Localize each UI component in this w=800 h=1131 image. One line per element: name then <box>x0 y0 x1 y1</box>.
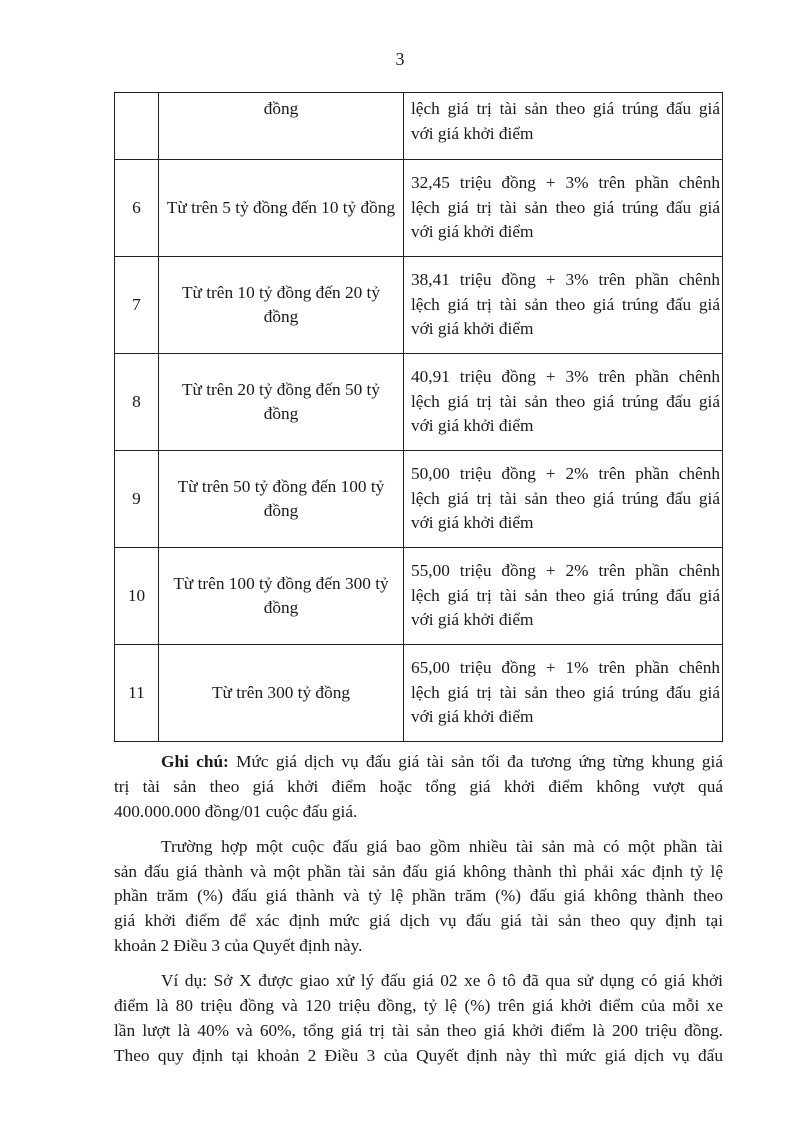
fee-line: với giá khởi điểm <box>411 511 720 536</box>
document-body: Ghi chú: Mức giá dịch vụ đấu giá tài sản… <box>114 750 723 1079</box>
fee-formula: 50,00 triệu đồng + 2% trên phần chênhlệc… <box>404 451 723 548</box>
fee-line: với giá khởi điểm <box>411 608 720 633</box>
row-number: 8 <box>115 354 159 451</box>
fee-line: 65,00 triệu đồng + 1% trên phần chênh <box>411 656 720 681</box>
fee-line: lệch giá trị tài sản theo giá trúng đấu … <box>411 196 720 221</box>
fee-line: với giá khởi điểm <box>411 220 720 245</box>
paragraph-line: Theo quy định tại khoản 2 Điều 3 của Quy… <box>114 1044 723 1069</box>
fee-line: lệch giá trị tài sản theo giá trúng đấu … <box>411 390 720 415</box>
row-number: 11 <box>115 645 159 742</box>
table-row: đồnglệch giá trị tài sản theo giá trúng … <box>115 93 723 160</box>
note-label: Ghi chú: <box>161 752 229 771</box>
paragraph-line: giá khởi điểm để xác định mức giá dịch v… <box>114 909 723 934</box>
table-row: 10Từ trên 100 tỷ đồng đến 300 tỷ đồng55,… <box>115 548 723 645</box>
table-row: 9Từ trên 50 tỷ đồng đến 100 tỷ đồng50,00… <box>115 451 723 548</box>
fee-formula: 40,91 triệu đồng + 3% trên phần chênhlệc… <box>404 354 723 451</box>
row-number: 7 <box>115 257 159 354</box>
fee-formula: 38,41 triệu đồng + 3% trên phần chênhlệc… <box>404 257 723 354</box>
paragraph-line: Trường hợp một cuộc đấu giá bao gồm nhiề… <box>114 835 723 860</box>
paragraph-line: lần lượt là 40% và 60%, tổng giá trị tài… <box>114 1019 723 1044</box>
value-range: Từ trên 5 tỷ đồng đến 10 tỷ đồng <box>159 160 404 257</box>
paragraph-line: phần trăm (%) đấu giá thành và tỷ lệ phầ… <box>114 884 723 909</box>
fee-line: với giá khởi điểm <box>411 317 720 342</box>
table-row: 6Từ trên 5 tỷ đồng đến 10 tỷ đồng32,45 t… <box>115 160 723 257</box>
fee-table-body: đồnglệch giá trị tài sản theo giá trúng … <box>115 93 723 742</box>
fee-formula: lệch giá trị tài sản theo giá trúng đấu … <box>404 93 723 160</box>
paragraph-line: sản đấu giá thành và một phần tài sản đấ… <box>114 860 723 885</box>
fee-line: lệch giá trị tài sản theo giá trúng đấu … <box>411 584 720 609</box>
paragraph-line: khoản 2 Điều 3 của Quyết định này. <box>114 934 723 959</box>
note-line: trị tài sản theo giá khởi điểm hoặc tổng… <box>114 775 723 800</box>
row-number: 9 <box>115 451 159 548</box>
table-row: 11Từ trên 300 tỷ đồng65,00 triệu đồng + … <box>115 645 723 742</box>
table-row: 8Từ trên 20 tỷ đồng đến 50 tỷ đồng40,91 … <box>115 354 723 451</box>
row-number <box>115 93 159 160</box>
fee-line: 40,91 triệu đồng + 3% trên phần chênh <box>411 365 720 390</box>
example-paragraph: Ví dụ: Sở X được giao xử lý đấu giá 02 x… <box>114 969 723 1068</box>
fee-line: với giá khởi điểm <box>411 122 720 147</box>
fee-line: lệch giá trị tài sản theo giá trúng đấu … <box>411 487 720 512</box>
fee-line: với giá khởi điểm <box>411 705 720 730</box>
value-range: Từ trên 100 tỷ đồng đến 300 tỷ đồng <box>159 548 404 645</box>
fee-formula: 65,00 triệu đồng + 1% trên phần chênhlệc… <box>404 645 723 742</box>
note-paragraph: Ghi chú: Mức giá dịch vụ đấu giá tài sản… <box>114 750 723 824</box>
row-number: 6 <box>115 160 159 257</box>
page-number: 3 <box>0 49 800 69</box>
fee-line: 32,45 triệu đồng + 3% trên phần chênh <box>411 171 720 196</box>
value-range: Từ trên 300 tỷ đồng <box>159 645 404 742</box>
paragraph-line: điểm là 80 triệu đồng và 120 triệu đồng,… <box>114 994 723 1019</box>
fee-line: lệch giá trị tài sản theo giá trúng đấu … <box>411 97 720 122</box>
value-range: Từ trên 20 tỷ đồng đến 50 tỷ đồng <box>159 354 404 451</box>
fee-line: 55,00 triệu đồng + 2% trên phần chênh <box>411 559 720 584</box>
fee-line: 50,00 triệu đồng + 2% trên phần chênh <box>411 462 720 487</box>
partial-auction-paragraph: Trường hợp một cuộc đấu giá bao gồm nhiề… <box>114 835 723 959</box>
note-line: Ghi chú: Mức giá dịch vụ đấu giá tài sản… <box>114 750 723 775</box>
value-range: Từ trên 10 tỷ đồng đến 20 tỷ đồng <box>159 257 404 354</box>
fee-formula: 32,45 triệu đồng + 3% trên phần chênhlệc… <box>404 160 723 257</box>
fee-line: 38,41 triệu đồng + 3% trên phần chênh <box>411 268 720 293</box>
auction-fee-table: đồnglệch giá trị tài sản theo giá trúng … <box>114 92 723 742</box>
fee-formula: 55,00 triệu đồng + 2% trên phần chênhlệc… <box>404 548 723 645</box>
fee-line: lệch giá trị tài sản theo giá trúng đấu … <box>411 293 720 318</box>
fee-line: với giá khởi điểm <box>411 414 720 439</box>
value-range: đồng <box>159 93 404 160</box>
table-row: 7Từ trên 10 tỷ đồng đến 20 tỷ đồng38,41 … <box>115 257 723 354</box>
value-range: Từ trên 50 tỷ đồng đến 100 tỷ đồng <box>159 451 404 548</box>
paragraph-line: Ví dụ: Sở X được giao xử lý đấu giá 02 x… <box>114 969 723 994</box>
fee-line: lệch giá trị tài sản theo giá trúng đấu … <box>411 681 720 706</box>
note-line: 400.000.000 đồng/01 cuộc đấu giá. <box>114 800 723 825</box>
row-number: 10 <box>115 548 159 645</box>
